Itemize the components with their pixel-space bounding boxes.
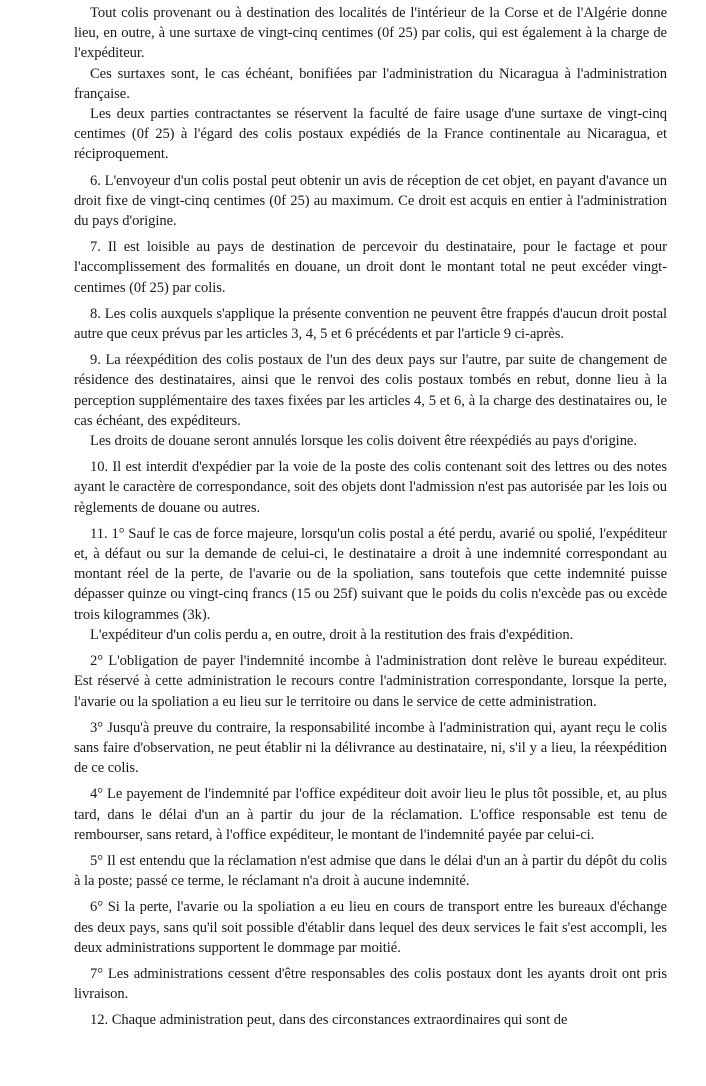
article-11-item-1-frais: L'expéditeur d'un colis perdu a, en outr…: [74, 625, 667, 645]
article-9: 9. La réexpédition des colis postaux de …: [74, 350, 667, 431]
article-11-item-5: 5° Il est entendu que la réclamation n'e…: [74, 851, 667, 891]
article-11-item-6: 6° Si la perte, l'avarie ou la spoliatio…: [74, 897, 667, 958]
article-11-item-3: 3° Jusqu'à preuve du contraire, la respo…: [74, 718, 667, 779]
document-page: Tout colis provenant ou à destination de…: [74, 3, 667, 1031]
article-6: 6. L'envoyeur d'un colis postal peut obt…: [74, 171, 667, 232]
article-8: 8. Les colis auxquels s'applique la prés…: [74, 304, 667, 344]
article-11-item-4: 4° Le payement de l'indemnité par l'offi…: [74, 784, 667, 845]
article-9-douane: Les droits de douane seront annulés lors…: [74, 431, 667, 451]
article-10: 10. Il est interdit d'expédier par la vo…: [74, 457, 667, 518]
article-11-item-1: 11. 1° Sauf le cas de force majeure, lor…: [74, 524, 667, 625]
paragraph-parties-contractantes: Les deux parties contractantes se réserv…: [74, 104, 667, 165]
article-11-item-7: 7° Les administrations cessent d'être re…: [74, 964, 667, 1004]
paragraph-surtaxes-bonifiees: Ces surtaxes sont, le cas échéant, bonif…: [74, 64, 667, 104]
article-12: 12. Chaque administration peut, dans des…: [74, 1010, 667, 1030]
article-7: 7. Il est loisible au pays de destinatio…: [74, 237, 667, 298]
article-11-item-2: 2° L'obligation de payer l'indemnité inc…: [74, 651, 667, 712]
paragraph-corse-algerie-surtaxe: Tout colis provenant ou à destination de…: [74, 3, 667, 64]
